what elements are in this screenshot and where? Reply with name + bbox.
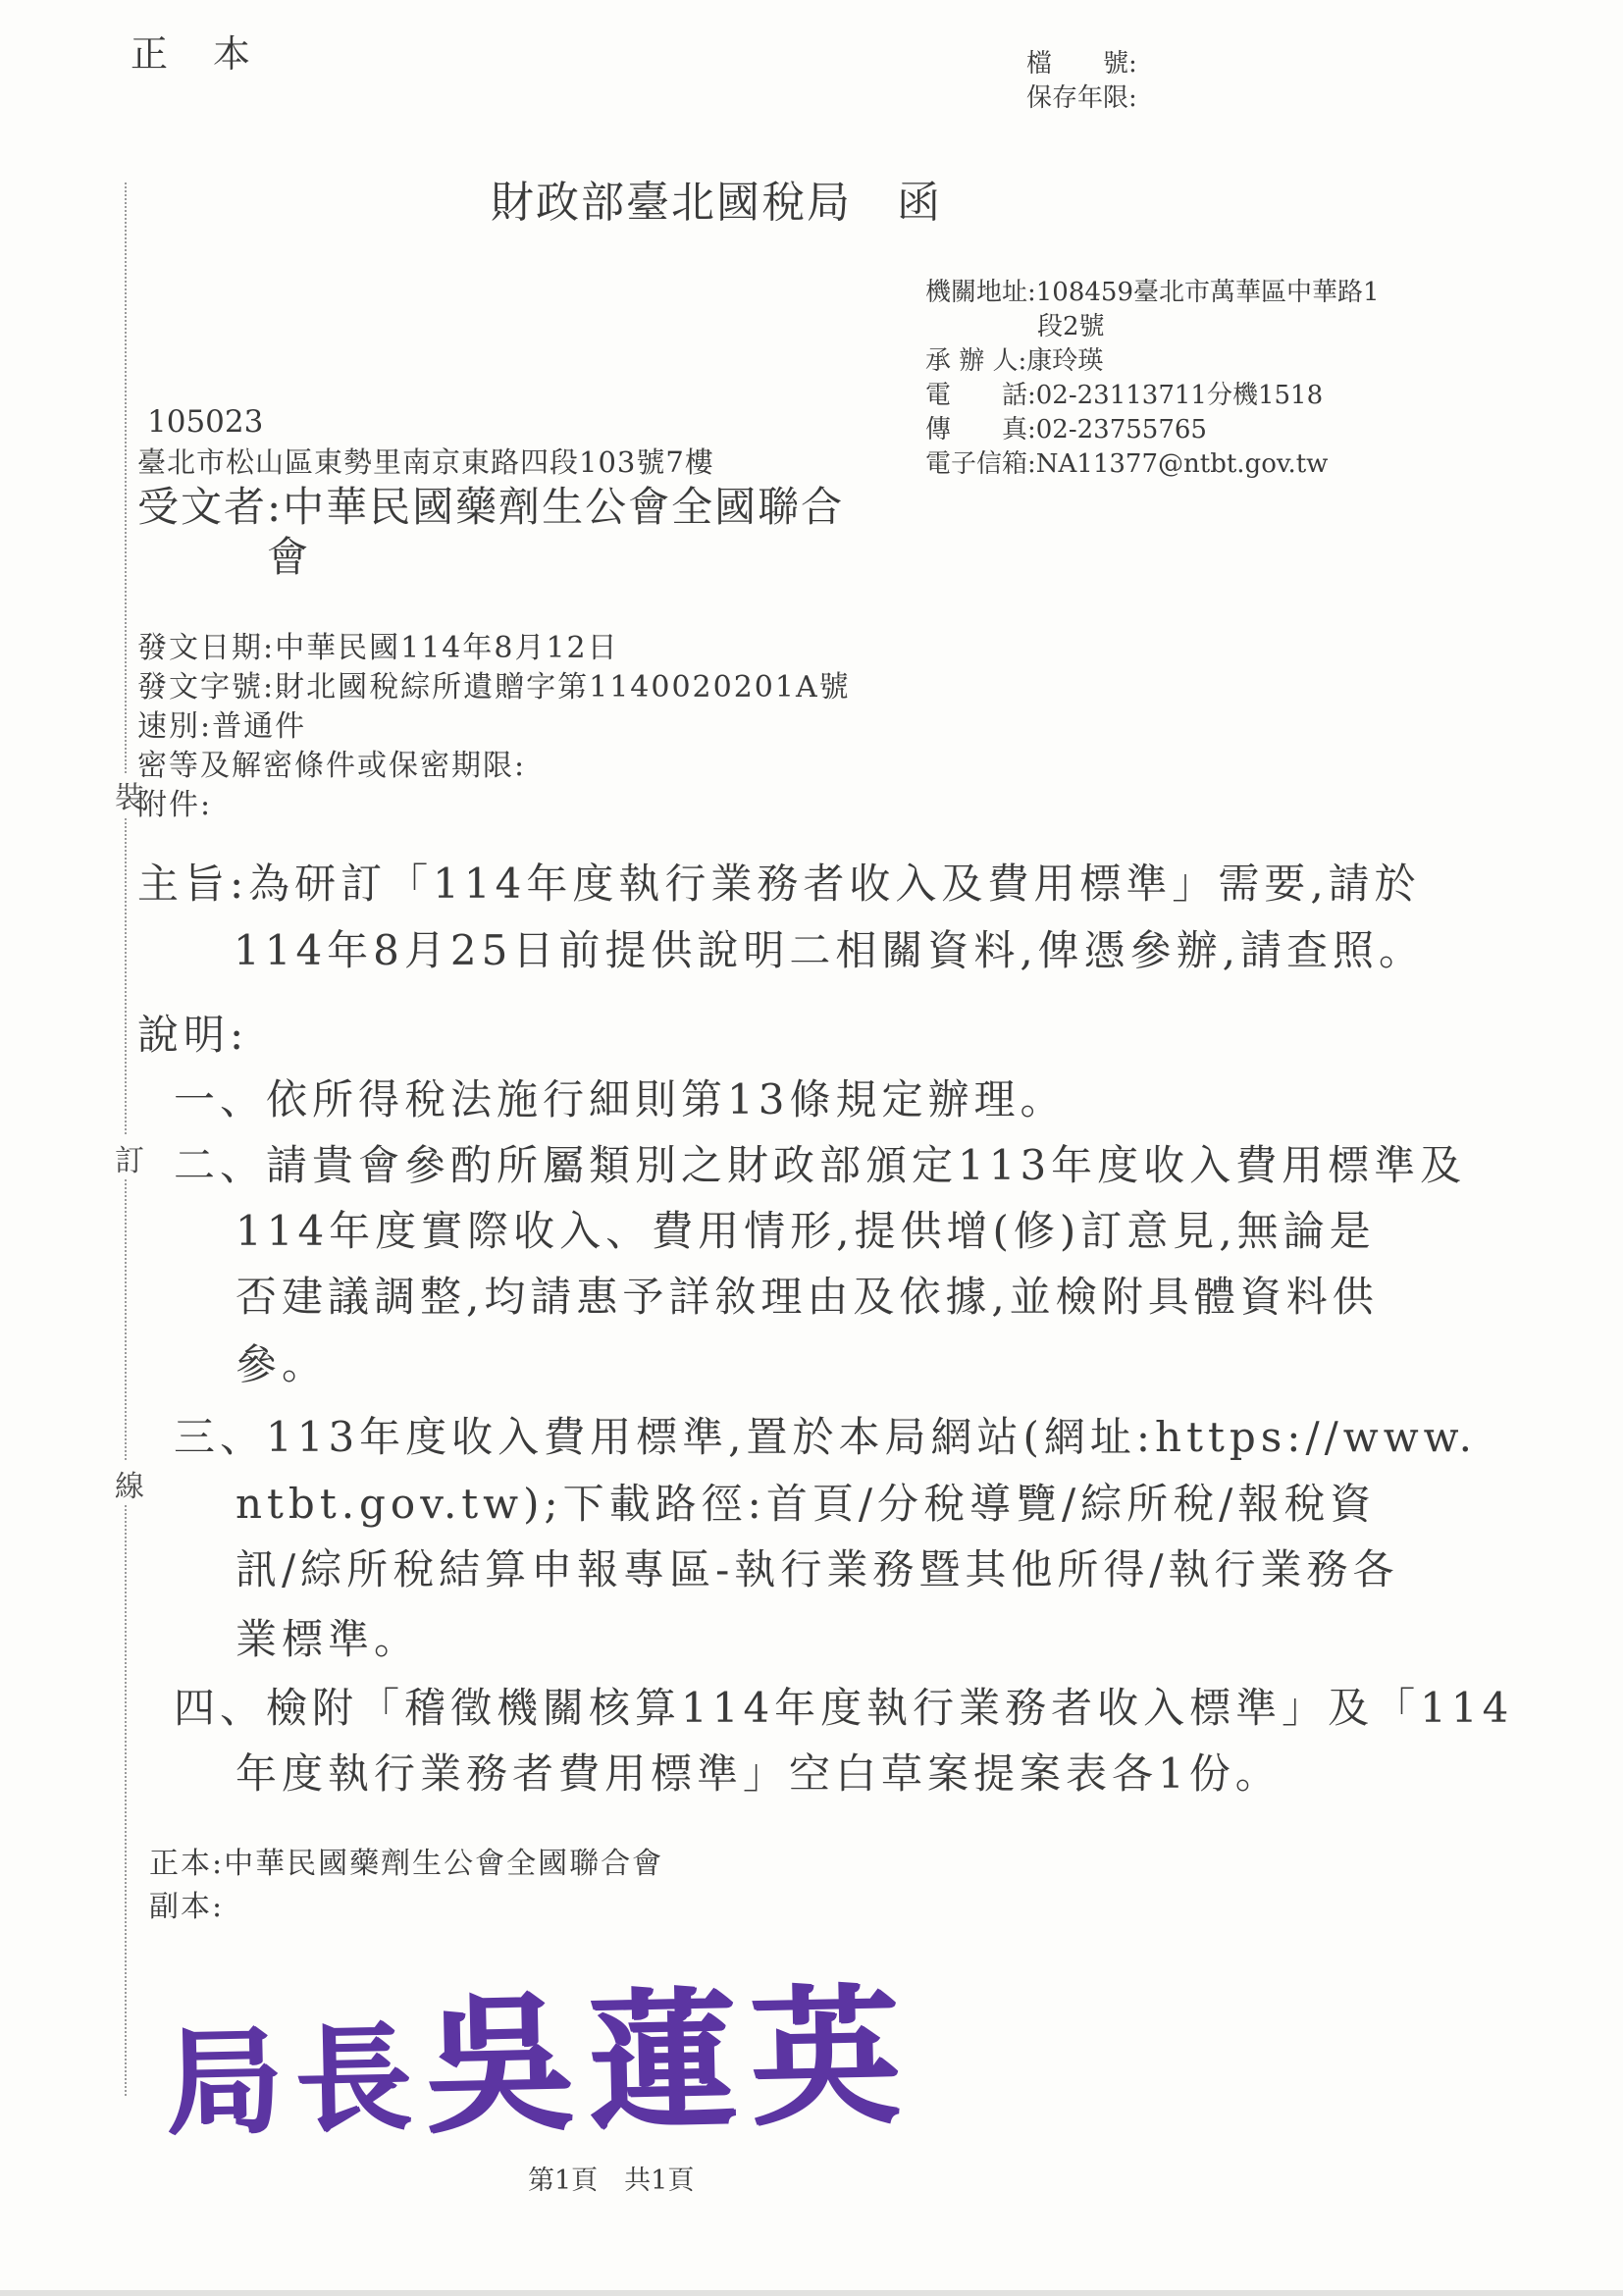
delivery-speed: 速別:普通件 — [137, 707, 851, 747]
retention-period-label: 保存年限: — [1026, 81, 1137, 116]
item-4-line-2: 年度執行業務者費用標準」空白草案提案表各1份。 — [236, 1742, 1282, 1800]
item-2-line-3: 否建議調整,均請惠予詳敘理由及依據,並檢附具體資料供 — [236, 1265, 1379, 1324]
subject-line-2: 114年8月25日前提供說明二相關資料,俾憑參辦,請查照。 — [234, 918, 1425, 977]
subject-line-1: 主旨:為研訂「114年度執行業務者收入及費用標準」需要,請於 — [137, 852, 1421, 911]
agency-contact-person: 承 辦 人:康玲瑛 — [925, 344, 1380, 379]
file-number-block: 檔 號: 保存年限: — [1026, 47, 1137, 116]
issue-ref-number: 發文字號:財北國稅綜所遺贈字第1140020201A號 — [137, 668, 851, 707]
item-2-line-1: 二、請貴會參酌所屬類別之財政部頒定113年度收入費用標準及 — [174, 1133, 1466, 1192]
copy-type-mark: 正 本 — [131, 24, 254, 78]
item-3-line-1: 三、113年度收入費用標準,置於本局網站(網址:https://www. — [174, 1405, 1477, 1464]
agency-address-line1: 機關地址:108459臺北市萬華區中華路1 — [925, 276, 1380, 310]
director-general-signature: 局長吳蓮英 — [163, 1937, 915, 2166]
copy-recipient: 副本: — [149, 1886, 663, 1929]
recipient-zip: 105023 — [147, 404, 263, 440]
document-title: 財政部臺北國稅局 函 — [491, 167, 942, 230]
original-recipient: 正本:中華民國藥劑生公會全國聯合會 — [149, 1843, 663, 1886]
item-2-line-4: 參。 — [236, 1332, 328, 1391]
signature-title: 局長 — [164, 1984, 427, 2156]
item-2-line-2: 114年度實際收入、費用情形,提供增(修)訂意見,無論是 — [236, 1199, 1376, 1258]
agency-phone: 電 話:02-23113711分機1518 — [925, 379, 1380, 413]
item-1: 一、依所得稅法施行細則第13條規定辦理。 — [174, 1068, 1066, 1126]
binding-mark-ding: 訂 — [112, 1136, 147, 1179]
scanned-official-letter: 裝 訂 線 正 本 檔 號: 保存年限: 財政部臺北國稅局 函 機關地址:108… — [0, 0, 1623, 2296]
security-classification: 密等及解密條件或保密期限: — [137, 747, 851, 786]
scan-bottom-edge — [0, 2290, 1623, 2296]
attachment-label: 附件: — [137, 786, 851, 825]
item-3-line-2: ntbt.gov.tw);下載路徑:首頁/分稅導覽/綜所稅/報稅資 — [236, 1472, 1376, 1531]
issue-date: 發文日期:中華民國114年8月12日 — [137, 629, 851, 668]
agency-address-line2: 段2號 — [925, 310, 1380, 344]
file-number-label: 檔 號: — [1026, 47, 1137, 81]
page-number: 第1頁 共1頁 — [528, 2159, 694, 2197]
agency-contact-block: 機關地址:108459臺北市萬華區中華路1 段2號 承 辦 人:康玲瑛 電 話:… — [925, 276, 1380, 482]
item-3-line-3: 訊/綜所稅結算申報專區-執行業務暨其他所得/執行業務各 — [236, 1538, 1399, 1596]
explanation-header: 說明: — [137, 1003, 248, 1062]
binding-mark-xian: 線 — [112, 1462, 147, 1505]
item-3-line-4: 業標準。 — [236, 1607, 420, 1666]
agency-email: 電子信箱:NA11377@ntbt.gov.tw — [925, 447, 1380, 482]
recipient-line2: 會 — [267, 525, 308, 584]
agency-fax: 傳 真:02-23755765 — [925, 413, 1380, 447]
recipient-line1: 受文者:中華民國藥劑生公會全國聯合 — [137, 475, 844, 534]
distribution-block: 正本:中華民國藥劑生公會全國聯合會 副本: — [149, 1843, 663, 1929]
issuing-meta-block: 發文日期:中華民國114年8月12日 發文字號:財北國稅綜所遺贈字第114002… — [137, 629, 851, 825]
signature-name: 吳蓮英 — [422, 1937, 915, 2161]
item-4-line-1: 四、檢附「稽徵機關核算114年度執行業務者收入標準」及「114 — [174, 1676, 1513, 1735]
